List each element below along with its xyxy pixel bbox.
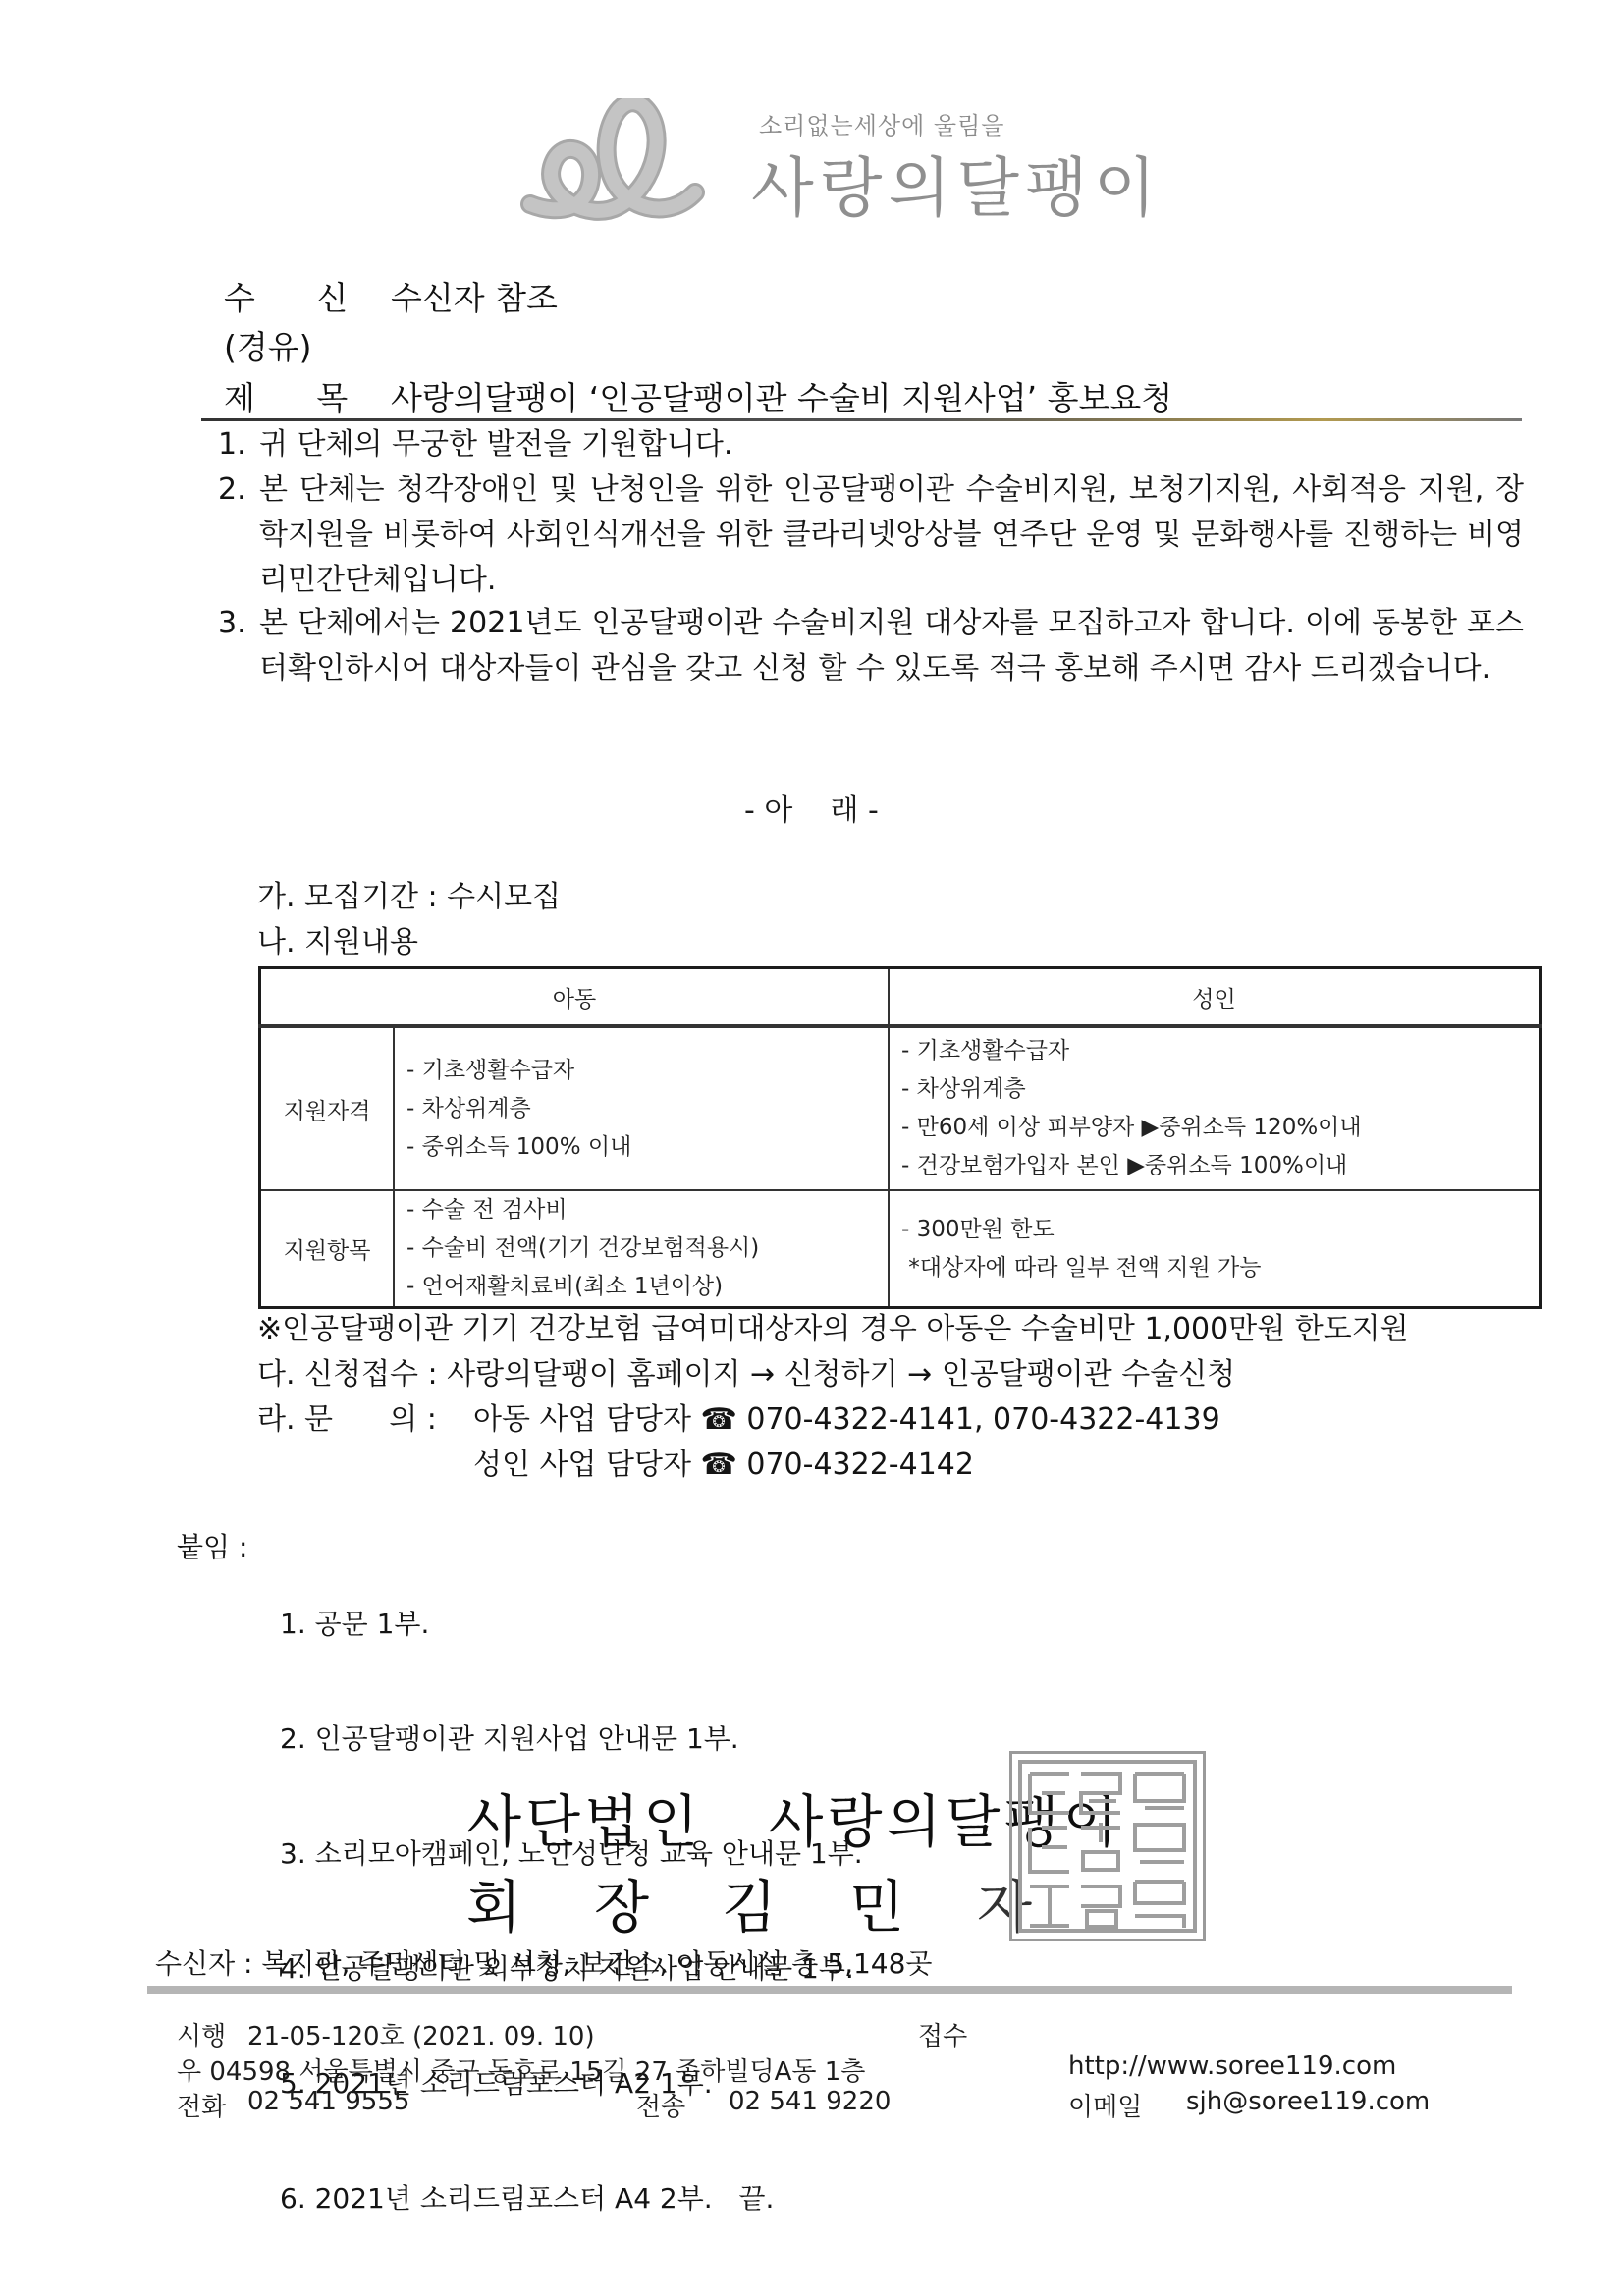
fax-number: 02 541 9220 — [729, 2087, 891, 2116]
website-link[interactable]: http://www.soree119.com — [1068, 2051, 1396, 2081]
header-divider — [201, 418, 1522, 421]
fax-label: 전송 — [636, 2087, 685, 2123]
recipient-value: 수신자 참조 — [391, 279, 558, 317]
cell-line: - 300만원 한도 — [901, 1211, 1539, 1249]
issue-number: 21-05-120호 (2021. 09. 10) — [247, 2016, 595, 2052]
signature-title: 회 장 김 민 자 — [466, 1861, 1036, 1943]
attachment-item: 1. 공문 1부. — [280, 1605, 863, 1643]
application-method: 다. 신청접수 : 사랑의달팽이 홈페이지 → 신청하기 → 인공달팽이관 수술… — [257, 1349, 1235, 1393]
recipient-row: 수 신수신자 참조 — [224, 273, 558, 319]
attachment-item: 6. 2021년 소리드림포스터 A4 2부. 끝. — [280, 2179, 863, 2217]
org-name-logo: 사랑의달팽이 — [751, 136, 1163, 229]
paragraph-number: 3. — [218, 601, 246, 646]
cell-line: - 수술 전 검사비 — [406, 1191, 888, 1230]
subject-row: 제 목사랑의달팽이 ‘인공달팽이관 수술비 지원사업’ 홍보요청 — [224, 373, 1172, 419]
signature-char: 회 — [466, 1861, 525, 1943]
attachment-item: 2. 인공달팽이관 지원사업 안내문 1부. — [280, 1720, 863, 1758]
footer-divider — [147, 1986, 1512, 1994]
coverage-note: ※인공달팽이관 기기 건강보험 급여미대상자의 경우 아동은 수술비만 1,00… — [257, 1304, 1409, 1347]
receipt-label: 접수 — [918, 2016, 967, 2052]
signature-char: 장 — [594, 1861, 653, 1943]
paragraph-3: 3. 본 단체에서는 2021년도 인공달팽이관 수술비지원 대상자를 모집하고… — [218, 601, 1524, 691]
via-row: (경유) — [224, 322, 312, 368]
signature-char: 민 — [849, 1861, 908, 1943]
via-label: (경유) — [224, 328, 312, 366]
paragraph-number: 2. — [218, 467, 246, 513]
table-row: 지원자격 - 기초생활수급자 - 차상위계층 - 중위소득 100% 이내 - … — [260, 1026, 1541, 1190]
recipient-list: 수신자 : 복지관, 주민센터 및 시청, 보건소, 아동시설 총 5,148곳 — [155, 1942, 932, 1982]
column-header-adult: 성인 — [889, 968, 1541, 1027]
cell-line: - 만60세 이상 피부양자 ▶중위소득 120%이내 — [901, 1109, 1539, 1147]
table-row: 지원항목 - 수술 전 검사비 - 수술비 전액(기기 건강보험적용시) - 언… — [260, 1190, 1541, 1308]
signature-char: 김 — [722, 1861, 781, 1943]
row-label-support-items: 지원항목 — [260, 1190, 395, 1308]
child-eligibility-cell: - 기초생활수급자 - 차상위계층 - 중위소득 100% 이내 — [394, 1026, 889, 1190]
table-header-row: 아동 성인 — [260, 968, 1541, 1027]
subject-value: 사랑의달팽이 ‘인공달팽이관 수술비 지원사업’ 홍보요청 — [391, 379, 1172, 417]
attachments-label: 붙임 : — [177, 1528, 247, 1566]
email-label: 이메일 — [1068, 2087, 1142, 2123]
phone-label: 전화 — [177, 2087, 226, 2123]
row-label-eligibility: 지원자격 — [260, 1026, 395, 1190]
child-support-items-cell: - 수술 전 검사비 - 수술비 전액(기기 건강보험적용시) - 언어재활치료… — [394, 1190, 889, 1308]
official-seal-icon — [1009, 1751, 1206, 1941]
paragraph-text: 본 단체는 청각장애인 및 난청인을 위한 인공달팽이관 수술비지원, 보청기지… — [259, 467, 1524, 603]
support-table: 아동 성인 지원자격 - 기초생활수급자 - 차상위계층 - 중위소득 100%… — [258, 966, 1542, 1309]
subject-label: 제 목 — [224, 373, 391, 419]
phone-number: 02 541 9555 — [247, 2087, 409, 2116]
adult-contact: 성인 사업 담당자 ☎ 070-4322-4142 — [473, 1440, 974, 1483]
postal-address: 우 04598 서울특별시 중구 동호로 15길 27 종하빌딩A동 1층 — [177, 2051, 865, 2088]
cell-line: - 차상위계층 — [901, 1070, 1539, 1109]
adult-support-items-cell: - 300만원 한도 *대상자에 따라 일부 전액 지원 가능 — [889, 1190, 1541, 1308]
cell-line: - 기초생활수급자 — [406, 1052, 888, 1090]
cell-line: - 건강보험가입자 본인 ▶중위소득 100%이내 — [901, 1147, 1539, 1185]
issue-label: 시행 — [177, 2016, 226, 2052]
notice-heading: - 아 래 - — [744, 786, 879, 829]
paragraph-1: 1. 귀 단체의 무궁한 발전을 기원합니다. — [218, 422, 1524, 467]
cell-line: - 언어재활치료비(최소 1년이상) — [406, 1268, 888, 1306]
cell-line: - 기초생활수급자 — [901, 1032, 1539, 1070]
inquiry-label: 라. 문 의 : — [257, 1394, 437, 1438]
cell-line: - 중위소득 100% 이내 — [406, 1128, 888, 1167]
email-address[interactable]: sjh@soree119.com — [1186, 2087, 1430, 2116]
cell-line: - 차상위계층 — [406, 1090, 888, 1128]
cell-line: *대상자에 따라 일부 전액 지원 가능 — [901, 1249, 1539, 1287]
adult-eligibility-cell: - 기초생활수급자 - 차상위계층 - 만60세 이상 피부양자 ▶중위소득 1… — [889, 1026, 1541, 1190]
paragraph-number: 1. — [218, 422, 246, 467]
recruitment-period: 가. 모집기간 : 수시모집 — [257, 872, 561, 915]
paragraph-2: 2. 본 단체는 청각장애인 및 난청인을 위한 인공달팽이관 수술비지원, 보… — [218, 467, 1524, 603]
column-header-child: 아동 — [260, 968, 890, 1027]
paragraph-text: 본 단체에서는 2021년도 인공달팽이관 수술비지원 대상자를 모집하고자 합… — [259, 601, 1524, 691]
cell-line: - 수술비 전액(기기 건강보험적용시) — [406, 1230, 888, 1268]
snail-loop-logo-icon — [520, 98, 717, 226]
support-content-heading: 나. 지원내용 — [257, 917, 418, 960]
recipient-label: 수 신 — [224, 273, 391, 319]
paragraph-text: 귀 단체의 무궁한 발전을 기원합니다. — [259, 422, 1524, 467]
child-contact: 아동 사업 담당자 ☎ 070-4322-4141, 070-4322-4139 — [473, 1394, 1220, 1438]
